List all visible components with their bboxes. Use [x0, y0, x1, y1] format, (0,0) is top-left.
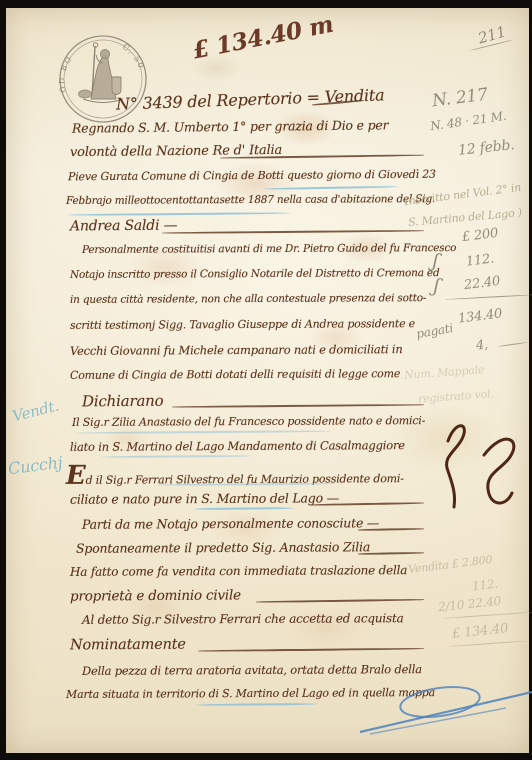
ink-rule — [358, 528, 424, 531]
vol-ref-note-2: S. Martino del Lago ) — [408, 206, 523, 229]
notary-paraph-ink-mark — [426, 413, 516, 523]
doc-line: Pieve Gurata Comune di Cingia de Botti q… — [68, 168, 436, 184]
doc-line: Spontaneamente il predetto Sig. Anastasi… — [76, 539, 370, 556]
calc-top-total: 134.40 — [457, 306, 503, 326]
pagati-note: pagati — [415, 321, 454, 341]
calc-top-row-0: £ 200 — [461, 226, 499, 245]
svg-text:C. 50: C. 50 — [121, 42, 146, 71]
ink-rule — [256, 599, 424, 603]
doc-line: in questa città residente, non che alla … — [70, 292, 426, 306]
calc-bottom-row-0: Vendita £ 2.800 — [408, 553, 494, 576]
doc-line: Il Sig.r Zilia Anastasio del fu Francesc… — [72, 414, 425, 429]
ink-rule — [358, 552, 424, 555]
pencil-sum-line — [444, 294, 532, 300]
doc-line: Personalmente costituitisi avanti di me … — [82, 242, 456, 256]
doc-line: Notajo inscritto presso il Consiglio Not… — [70, 267, 440, 281]
ink-rule — [198, 648, 424, 652]
blue-underline — [101, 455, 251, 458]
blue-margin-note-2: Cucchj — [7, 453, 63, 479]
blue-underline — [196, 703, 318, 706]
paper-sheet: OD BO C. 50 £ 134.40 m 211 N° 3439 del R… — [6, 8, 529, 753]
doc-line: Febbrajo milleottocentottantasette 1887 … — [66, 193, 435, 207]
ink-rule — [162, 230, 424, 234]
doc-line-dichiarano: Dichiarano — [82, 392, 164, 411]
doc-line: ciliato e nato pure in S. Martino del La… — [70, 490, 339, 506]
top-amount-note: £ 134.40 m — [191, 11, 336, 65]
doc-line: proprietà e dominio civile — [70, 587, 241, 604]
stamp-arc-left-text: OD BO — [57, 54, 74, 94]
faint-pencil-note-1: Num. Mappale — [404, 363, 485, 382]
stamp-denomination-text: C. 50 — [121, 42, 146, 71]
faint-pencil-note-2: registrato vol. — [418, 387, 494, 405]
blue-underline-febbrajo — [68, 212, 290, 216]
vol-ref-note-1: Inscritto nel Vol. 2° in — [404, 181, 522, 208]
doc-line: liato in S. Martino del Lago Mandamento … — [70, 438, 405, 454]
ink-rule — [172, 404, 424, 408]
blue-underline-date — [264, 186, 398, 191]
svg-text:OD BO: OD BO — [57, 54, 74, 94]
doc-line: Ha fatto come fa vendita con immediata t… — [70, 563, 407, 579]
calc-top-row-1: 112. — [465, 251, 495, 269]
doc-line: scritti testimonj Sigg. Tavaglio Giusepp… — [70, 317, 415, 332]
blue-margin-note-1: Vendt. — [11, 397, 61, 426]
calc-bottom-row-1: 112. — [471, 577, 498, 594]
doc-line: Parti da me Notajo personalmente conosci… — [82, 515, 379, 532]
doc-line: Comune di Cingia de Botti dotati delli r… — [70, 367, 400, 382]
pencil-dash — [448, 640, 528, 647]
doc-line: Vecchi Giovanni fu Michele campanaro nat… — [70, 342, 403, 358]
pencil-note-2: 12 febb. — [457, 137, 515, 159]
pencil-note-1: N. 48 · 21 M. — [429, 109, 507, 134]
calc-bottom-total: £ 134.40 — [451, 621, 509, 642]
calc-top-row-2: 22.40 — [463, 274, 501, 293]
doc-line: Regnando S. M. Umberto 1° per grazia di … — [72, 117, 389, 135]
blue-underline — [194, 507, 294, 510]
doc-line: Nominatamente — [70, 637, 186, 654]
doc-line: Al detto Sig.r Silvestro Ferrari che acc… — [82, 611, 404, 627]
blue-underline — [76, 430, 331, 434]
pencil-sum-line — [442, 612, 532, 619]
doc-line: Ed il Sig.r Ferrari Silvestro del fu Mau… — [66, 459, 404, 491]
calc-bottom-row-2: 2/10 22.40 — [437, 594, 501, 615]
blue-crayon-flourish — [356, 676, 532, 740]
doc-line-repertorio: N° 3439 del Repertorio = Vendita — [116, 85, 385, 113]
scanned-notarial-deed-page: { "doc": { "title_line": "N° 3439 del Re… — [0, 0, 532, 760]
pagati-amount: 4, — [475, 337, 489, 353]
pencil-dash — [498, 342, 528, 347]
repertorio-number-pencil: N. 217 — [431, 85, 489, 112]
